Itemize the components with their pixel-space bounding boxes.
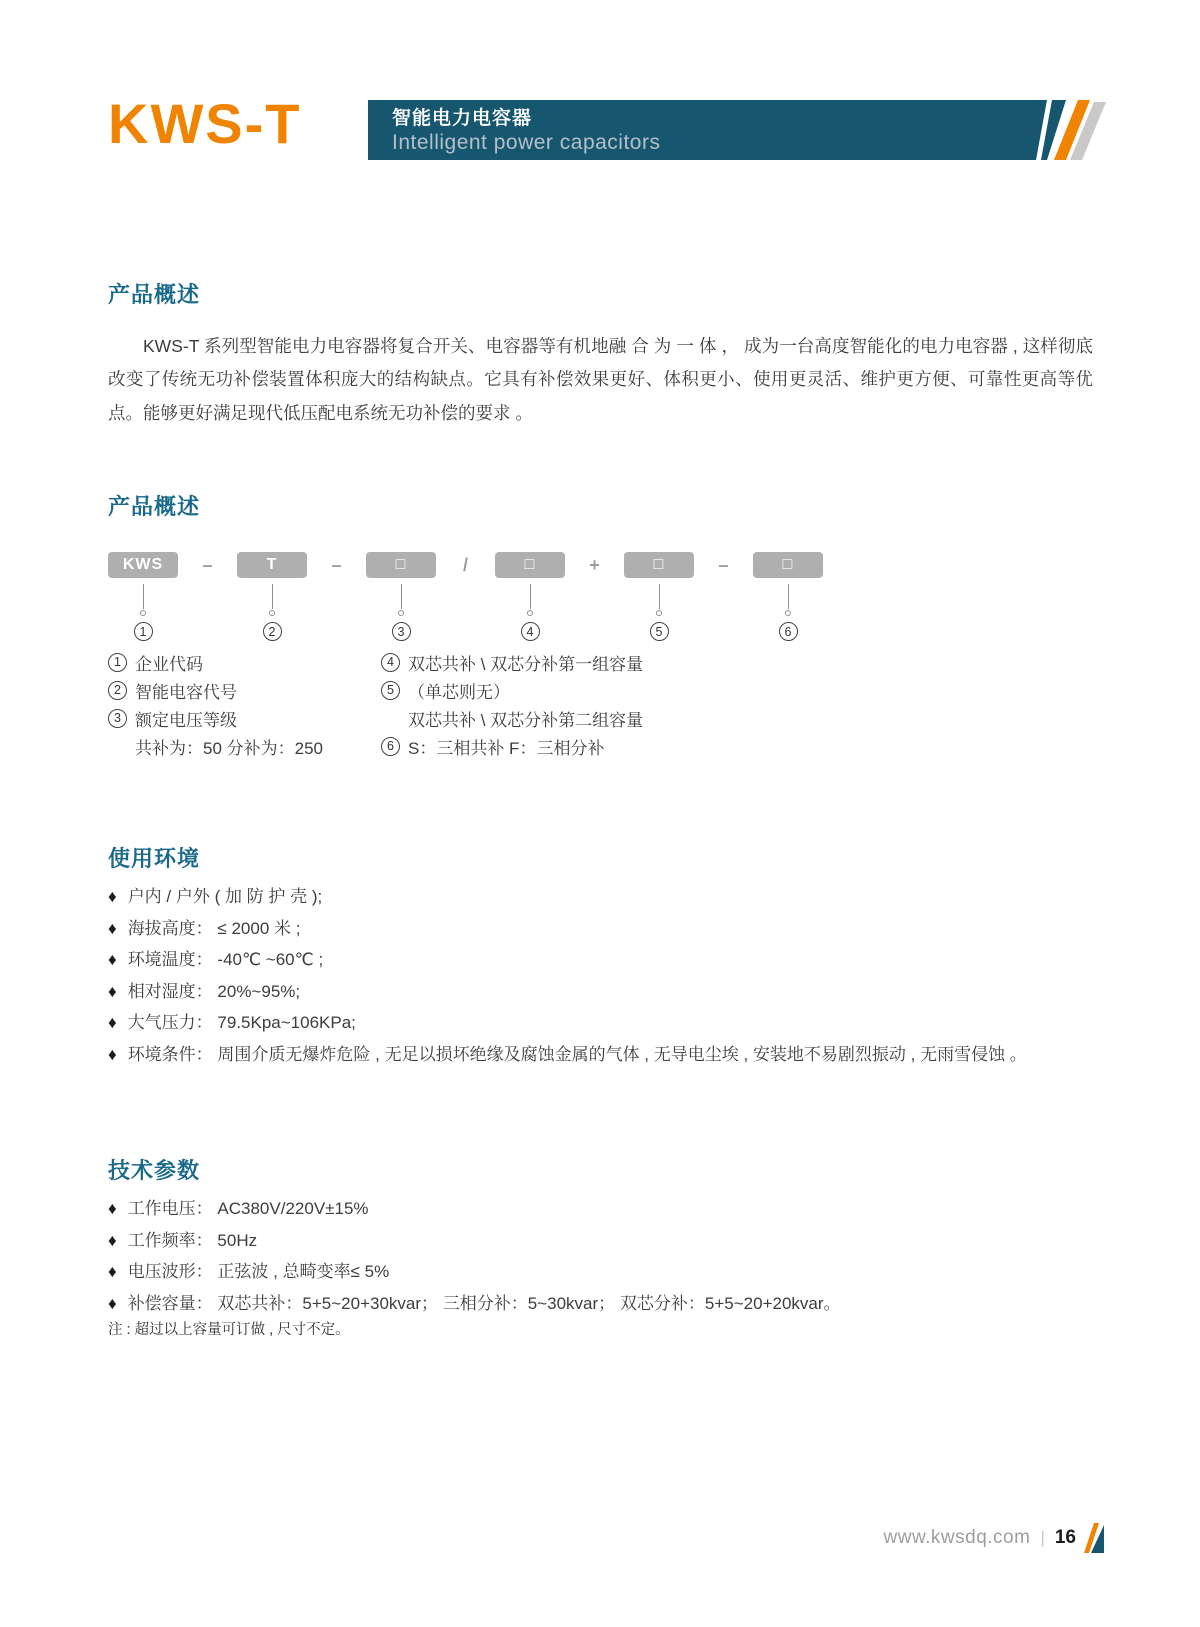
- parameter-item-text: 工作电压： AC380V/220V±15%: [128, 1198, 369, 1220]
- footer-logo-icon: [1084, 1523, 1106, 1553]
- circled-number-1: 1: [134, 622, 153, 641]
- parameter-item-text: 电压波形： 正弦波 , 总畸变率≤ 5%: [128, 1261, 390, 1283]
- connector-line: [530, 584, 531, 609]
- model-note: 3 额定电压等级: [108, 704, 323, 732]
- environment-item-text: 海拔高度： ≤ 2000 米 ;: [128, 918, 301, 940]
- model-box-4: □: [495, 552, 565, 578]
- model-note-indent: 双芯共补 \ 双芯分补第二组容量: [381, 704, 643, 732]
- model-note-text: S：三相共补 F：三相分补: [408, 734, 604, 759]
- section-title-overview: 产品概述: [108, 490, 200, 521]
- header-band: 智能电力电容器 Intelligent power capacitors: [368, 100, 1036, 160]
- model-separator-4: +: [565, 555, 624, 576]
- page-footer: www.kwsdq.com | 16: [884, 1522, 1106, 1554]
- model-separator-1: –: [178, 555, 237, 576]
- environment-item: ♦ 环境条件： 周围介质无爆炸危险 , 无足以损坏绝缘及腐蚀金属的气体 , 无导…: [108, 1044, 1148, 1066]
- model-note-text: 共补为：50 分补为：250: [135, 734, 323, 759]
- band-title-en: Intelligent power capacitors: [392, 130, 1036, 155]
- model-note-indent: 共补为：50 分补为：250: [108, 732, 323, 760]
- circled-number-3: 3: [108, 709, 127, 728]
- model-box-6: □: [753, 552, 823, 578]
- model-note-text: 双芯共补 \ 双芯分补第二组容量: [408, 706, 643, 731]
- environment-item-text: 相对湿度： 20%~95%;: [128, 981, 300, 1003]
- circled-number-5: 5: [650, 622, 669, 641]
- environment-item: ♦ 环境温度： -40℃ ~60℃ ;: [108, 949, 1148, 971]
- environment-item: ♦ 户内 / 户外 ( 加 防 护 壳 );: [108, 886, 1148, 908]
- environment-list: ♦ 户内 / 户外 ( 加 防 护 壳 ); ♦ 海拔高度： ≤ 2000 米 …: [108, 886, 1148, 1075]
- model-notes-right: 4 双芯共补 \ 双芯分补第一组容量 5 （单芯则无） 双芯共补 \ 双芯分补第…: [381, 648, 643, 760]
- circled-number-4: 4: [381, 653, 400, 672]
- model-note: 6 S：三相共补 F：三相分补: [381, 732, 643, 760]
- model-separator-3: /: [436, 555, 495, 576]
- footer-separator: |: [1040, 1528, 1044, 1548]
- parameter-item: ♦ 电压波形： 正弦波 , 总畸变率≤ 5%: [108, 1261, 1148, 1283]
- connector-dot-icon: [269, 610, 275, 616]
- diamond-bullet-icon: ♦: [108, 1198, 117, 1220]
- model-note: 1 企业代码: [108, 648, 323, 676]
- circled-number-5: 5: [381, 681, 400, 700]
- model-box-1: KWS: [108, 552, 178, 578]
- model-note-text: 额定电压等级: [135, 706, 237, 731]
- connector-dot-icon: [656, 610, 662, 616]
- model-separator-2: –: [307, 555, 366, 576]
- model-number-row: 1 2 3 4 5 6: [108, 622, 823, 641]
- footer-page-number: 16: [1055, 1527, 1076, 1549]
- model-box-2: T: [237, 552, 307, 578]
- parameter-item: ♦ 工作电压： AC380V/220V±15%: [108, 1198, 1148, 1220]
- model-box-5: □: [624, 552, 694, 578]
- footer-website: www.kwsdq.com: [884, 1527, 1031, 1549]
- connector-dot-icon: [527, 610, 533, 616]
- overview-paragraph: KWS-T 系列型智能电力电容器将复合开关、电容器等有机地融 合 为 一 体 ，…: [108, 330, 1093, 431]
- parameter-item-text: 工作频率： 50Hz: [128, 1230, 257, 1252]
- circled-number-3: 3: [392, 622, 411, 641]
- parameter-item-text: 补偿容量： 双芯共补：5+5~20+30kvar； 三相分补：5~30kvar；…: [128, 1293, 841, 1315]
- parameter-item: ♦ 补偿容量： 双芯共补：5+5~20+30kvar； 三相分补：5~30kva…: [108, 1293, 1148, 1315]
- diamond-bullet-icon: ♦: [108, 1261, 117, 1283]
- model-notes-left: 1 企业代码 2 智能电容代号 3 额定电压等级 共补为：50 分补为：250: [108, 648, 323, 760]
- diamond-bullet-icon: ♦: [108, 981, 117, 1003]
- model-note-text: （单芯则无）: [408, 678, 510, 703]
- environment-item: ♦ 大气压力： 79.5Kpa~106KPa;: [108, 1012, 1148, 1034]
- band-title-cn: 智能电力电容器: [392, 107, 1036, 130]
- model-note-text: 智能电容代号: [135, 678, 237, 703]
- circled-number-2: 2: [263, 622, 282, 641]
- environment-item: ♦ 海拔高度： ≤ 2000 米 ;: [108, 918, 1148, 940]
- diamond-bullet-icon: ♦: [108, 918, 117, 940]
- connector-line: [401, 584, 402, 609]
- environment-item: ♦ 相对湿度： 20%~95%;: [108, 981, 1148, 1003]
- circled-number-1: 1: [108, 653, 127, 672]
- model-note: 2 智能电容代号: [108, 676, 323, 704]
- model-code-row: KWS – T – □ / □ + □ – □: [108, 552, 823, 578]
- diamond-bullet-icon: ♦: [108, 1230, 117, 1252]
- connector-line: [788, 584, 789, 609]
- environment-item-text: 大气压力： 79.5Kpa~106KPa;: [128, 1012, 356, 1034]
- diamond-bullet-icon: ♦: [108, 1293, 117, 1315]
- brand-w-icon: [1036, 100, 1108, 160]
- diamond-bullet-icon: ♦: [108, 886, 117, 908]
- connector-line: [272, 584, 273, 609]
- model-note: 5 （单芯则无）: [381, 676, 643, 704]
- diamond-bullet-icon: ♦: [108, 949, 117, 971]
- parameter-item: ♦ 工作频率： 50Hz: [108, 1230, 1148, 1252]
- model-note-text: 企业代码: [135, 650, 203, 675]
- datasheet-page: KWS-T 智能电力电容器 Intelligent power capacito…: [0, 0, 1200, 1627]
- diamond-bullet-icon: ♦: [108, 1012, 117, 1034]
- diamond-bullet-icon: ♦: [108, 1044, 117, 1066]
- circled-number-2: 2: [108, 681, 127, 700]
- product-model-title: KWS-T: [108, 92, 302, 156]
- parameters-note: 注 : 超过以上容量可订做 , 尺寸不定。: [108, 1318, 350, 1339]
- environment-item-text: 户内 / 户外 ( 加 防 护 壳 );: [128, 886, 323, 908]
- connector-dot-icon: [140, 610, 146, 616]
- model-separator-5: –: [694, 555, 753, 576]
- parameters-list: ♦ 工作电压： AC380V/220V±15% ♦ 工作频率： 50Hz ♦ 电…: [108, 1198, 1148, 1324]
- section-title-parameters: 技术参数: [108, 1154, 200, 1185]
- model-note-text: 双芯共补 \ 双芯分补第一组容量: [408, 650, 643, 675]
- model-note: 4 双芯共补 \ 双芯分补第一组容量: [381, 648, 643, 676]
- connector-line: [143, 584, 144, 609]
- connector-line: [659, 584, 660, 609]
- model-box-3: □: [366, 552, 436, 578]
- circled-number-6: 6: [779, 622, 798, 641]
- circled-number-4: 4: [521, 622, 540, 641]
- environment-item-text: 环境条件： 周围介质无爆炸危险 , 无足以损坏绝缘及腐蚀金属的气体 , 无导电尘…: [128, 1044, 1027, 1066]
- connector-dot-icon: [785, 610, 791, 616]
- connector-dot-icon: [398, 610, 404, 616]
- circled-number-6: 6: [381, 737, 400, 756]
- section-title-product-overview: 产品概述: [108, 278, 200, 309]
- section-title-environment: 使用环境: [108, 842, 200, 873]
- model-connector-row: [108, 584, 823, 616]
- environment-item-text: 环境温度： -40℃ ~60℃ ;: [128, 949, 323, 971]
